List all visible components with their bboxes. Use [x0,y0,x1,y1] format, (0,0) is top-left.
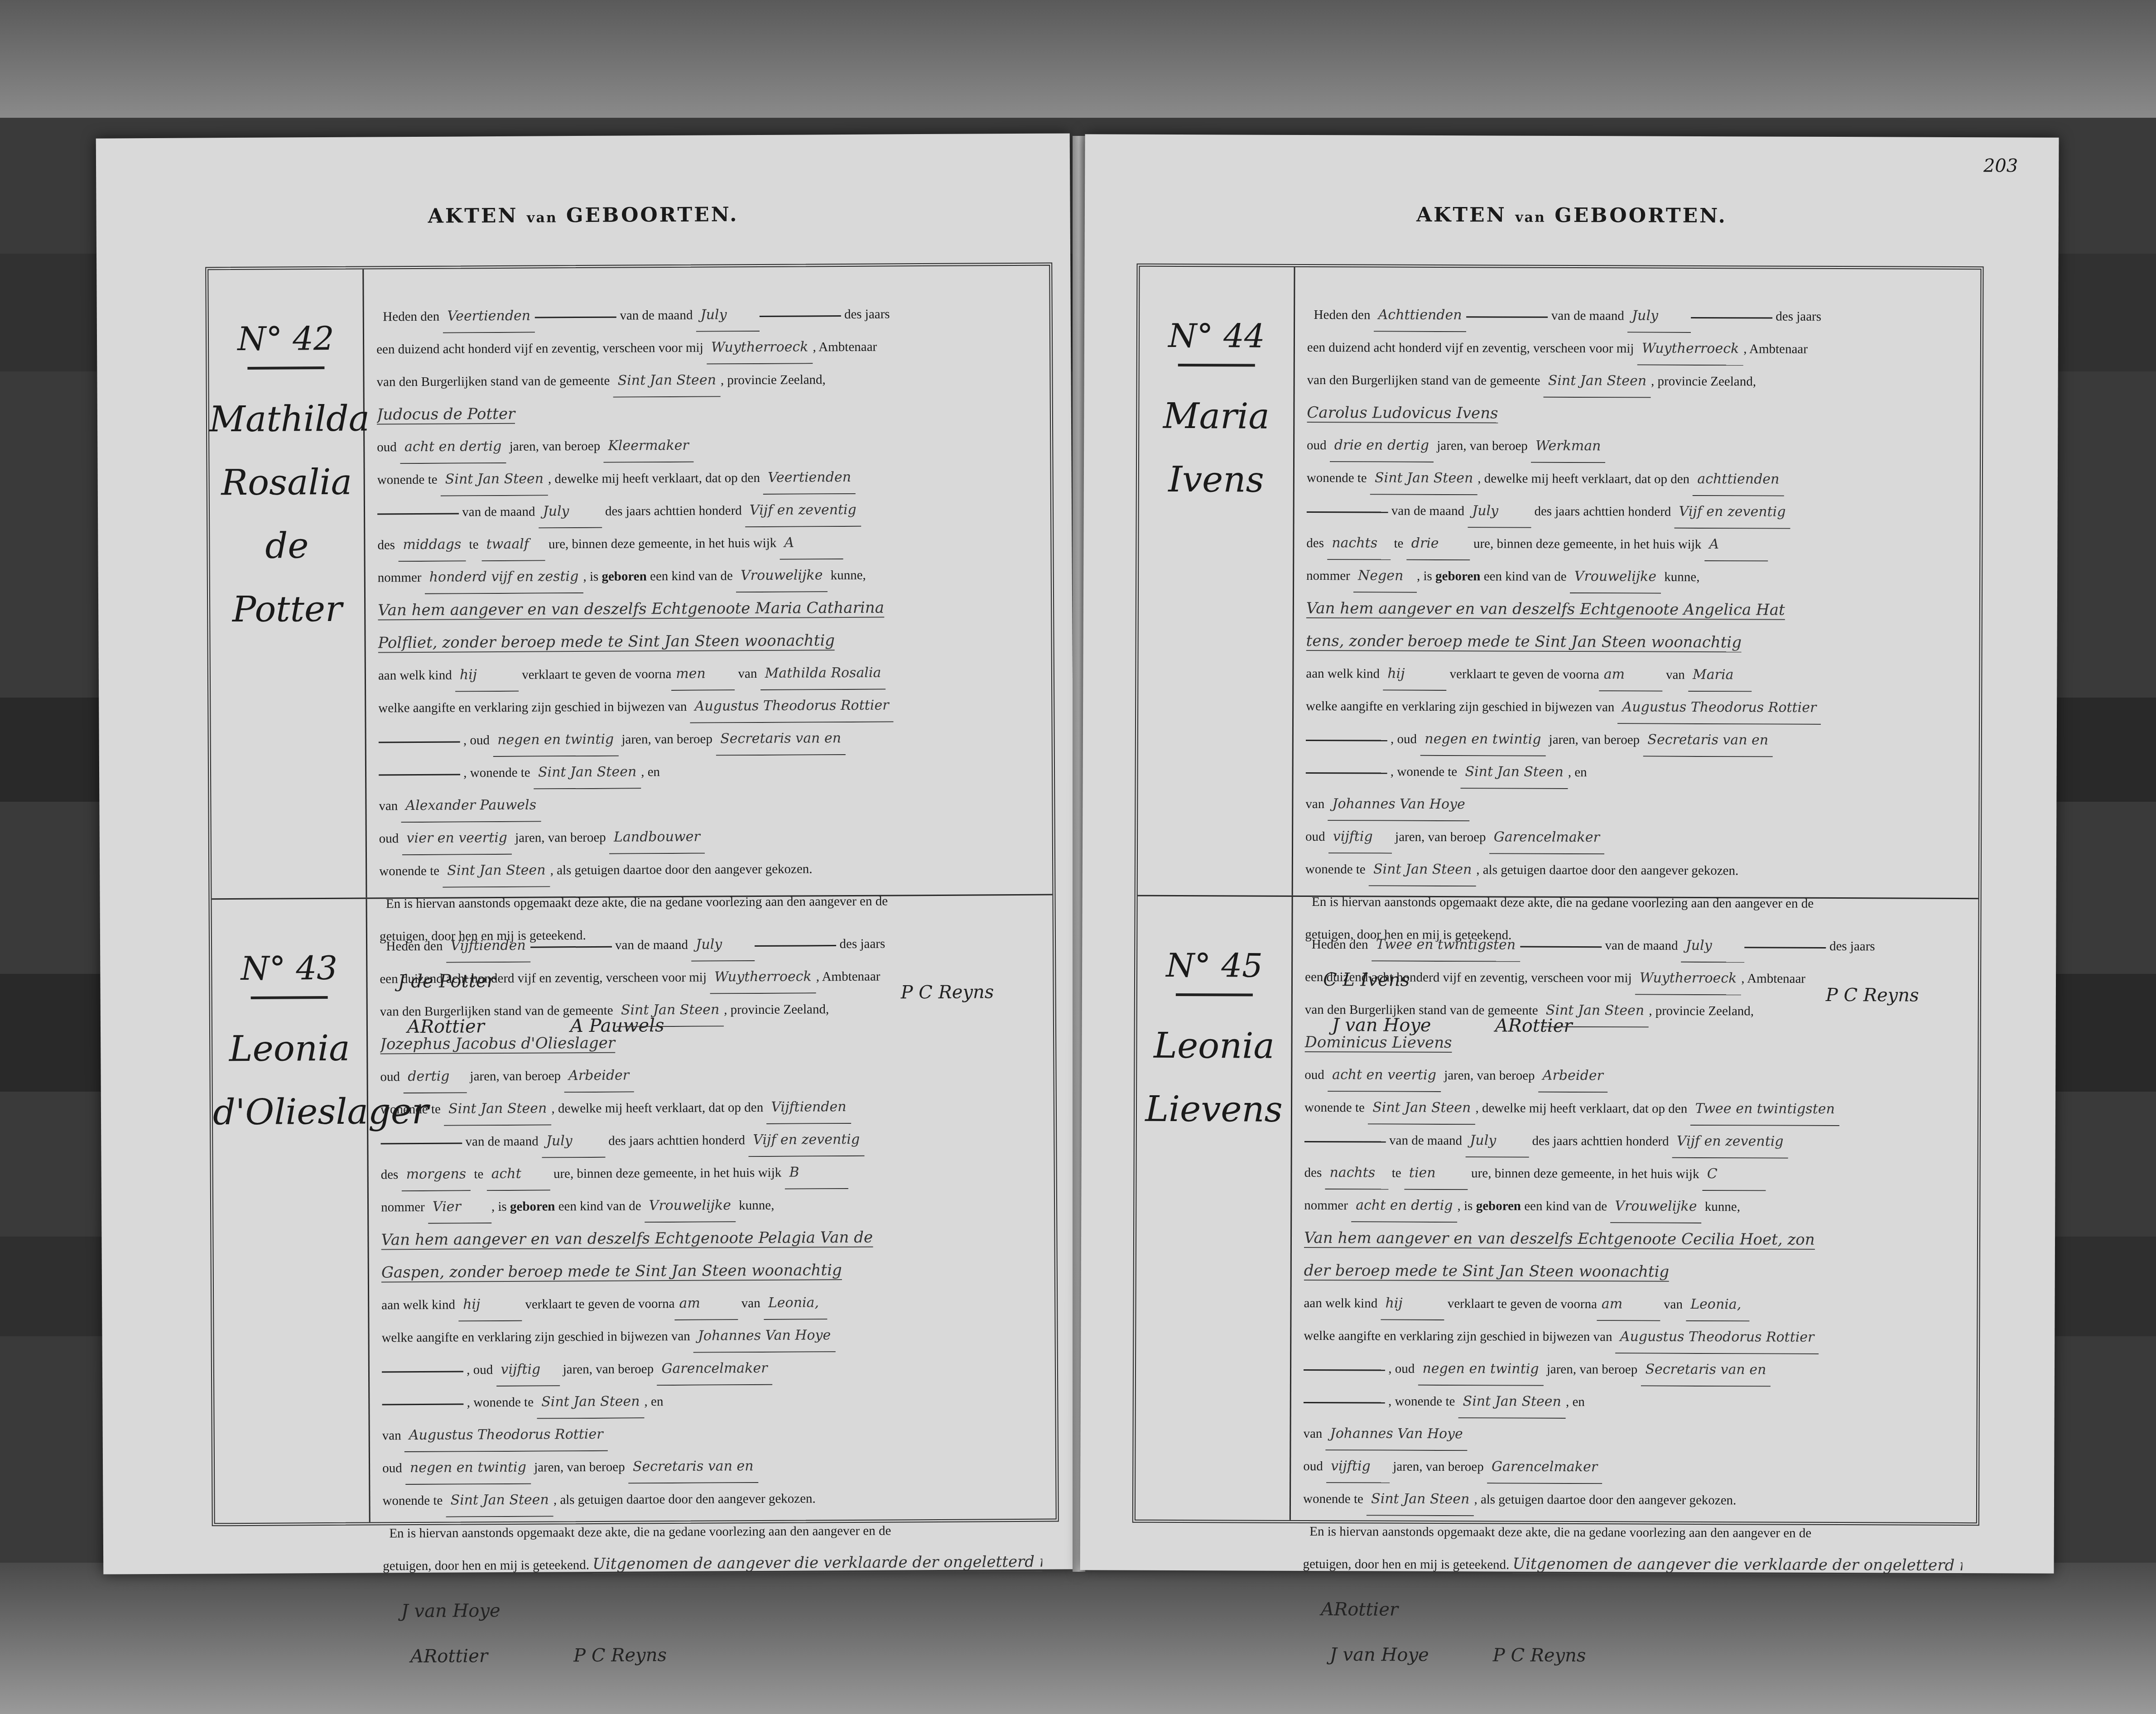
printed-text: verklaart te geven de voorna [1450,667,1599,682]
printed-text: te [469,537,478,552]
line-date: Heden den Vijftienden van de maand July … [380,927,1039,963]
line-parents-1: Van hem aangever en van deszelfs Echtgen… [381,1221,1040,1257]
line-residence: wonende te Sint Jan Steen, dewelke mij h… [377,461,1036,497]
child-name-line: d'Olieslager [213,1080,367,1145]
printed-text: des jaars [839,937,885,952]
signature: J van Hoye [401,1595,500,1627]
field-age: acht en veertig [1328,1059,1441,1092]
line-witness-2-age: oud vijftig jaren, van beroep Garencelma… [1303,1450,1963,1485]
field-municipality: Sint Jan Steen [616,994,724,1027]
printed-text: welke aangifte en verklaring zijn geschi… [382,1329,690,1345]
printed-text: des [1304,1165,1322,1180]
field-witness1-age: negen en twintig [1418,1353,1543,1386]
printed-text: aan welk kind [1304,1296,1377,1311]
printed-text: ure, binnen deze gemeente, in het huis w… [553,1165,781,1181]
line-witness-2: van Johannes Van Hoye [1303,1418,1963,1453]
printed-text: oud [470,733,490,747]
field-declarant: Jozephus Jacobus d'Olieslager [380,1034,615,1054]
field-municipality: Sint Jan Steen [1541,995,1649,1028]
printed-text: , en [1568,765,1587,780]
field-month: July [1627,300,1691,332]
field-witness2-residence: Sint Jan Steen [446,1484,553,1517]
line-time: des nachts te drie ure, binnen deze geme… [1306,527,1966,562]
printed-text: , Ambtenaar [1741,971,1805,986]
printed-text: van den Burgerlijken stand van de gemeen… [1307,373,1540,388]
printed-text: , als getuigen daartoe door den aangever… [550,862,812,877]
printed-text: wonende te [470,766,530,780]
field-hour: drie [1407,528,1470,560]
field-witness1-age: vijftig [496,1353,559,1387]
printed-text: nommer [1306,568,1350,583]
field-parents: tens, zonder beroep mede te Sint Jan Ste… [1306,632,1742,652]
field-occupation: Arbeider [1538,1060,1608,1093]
line-witness-1-age: , oud vijftig jaren, van beroep Garencel… [382,1351,1041,1387]
blank-rule [1691,316,1772,319]
blank-rule [1520,945,1602,948]
line-municipality: van den Burgerlijken stand van de gemeen… [376,363,1036,399]
field-witness2-occupation: Secretaris van en [628,1450,758,1484]
title-word: GEBOORTEN. [566,203,739,227]
printed-text: van de maand [1605,938,1678,953]
printed-text: , dewelke mij heeft verklaart, dat op de… [1477,471,1689,486]
printed-text: ure, binnen deze gemeente, in het huis w… [549,536,776,552]
blank-rule [535,315,616,318]
line-witness-1-age: , oud negen en twintig jaren, van beroep… [379,722,1038,758]
printed-text: oud [382,1461,402,1475]
page-title: AKTEN van GEBOORTEN. [1085,202,2059,229]
field-month: July [691,929,755,962]
field-parents: Gaspen, zonder beroep mede te Sint Jan S… [381,1261,842,1282]
printed-text: , provincie Zeeland, [724,1002,829,1017]
field-house-number: acht en dertig [1351,1189,1458,1223]
field-witness2-residence: Sint Jan Steen [443,854,550,887]
printed-text: van [1664,1297,1683,1312]
printed-text: des jaars [1776,309,1821,324]
blank-rule [1306,739,1387,741]
printed-text: , en [644,1394,663,1409]
birth-record: N° 43 Leoniad'Olieslager Heden den Vijft… [212,896,1056,1523]
field-birth-month: July [542,1125,605,1158]
field-house-number: Vier [428,1191,491,1224]
printed-text: , provincie Zeeland, [1649,1004,1754,1019]
printed-text: kunne, [739,1198,774,1213]
printed-text: te [1394,536,1404,551]
field-birth-year: Vijf en zeventig [745,494,861,527]
line-birth-month: van de maand July des jaars achttien hon… [1307,495,1966,530]
child-name: MariaIvens [1139,385,1294,512]
field-birth-year: Vijf en zeventig [1672,1126,1788,1159]
printed-text: En is hiervan aanstonds opgemaakt deze a… [1309,1524,1811,1541]
record-number: N° 42 [209,319,363,370]
printed-text: jaren, van beroep [1395,830,1486,845]
field-parents: Van hem aangever en van deszelfs Echtgen… [381,1228,873,1250]
field-sex: Vrouwelijke [1610,1190,1702,1223]
field-witness2: Augustus Theodorus Rottier [404,1419,608,1452]
printed-text: aan welk kind [381,1298,455,1313]
record-number: N° 45 [1137,946,1291,997]
printed-text: , Ambtenaar [1743,342,1808,356]
printed-text: Heden den [1312,937,1368,952]
blank-rule [379,740,460,743]
field-witness2-residence: Sint Jan Steen [1369,853,1477,886]
field-municipality: Sint Jan Steen [1544,365,1651,398]
field-witness1-residence: Sint Jan Steen [534,756,641,789]
field-official: Wuytherroeck [707,331,813,364]
printed-text: een duizend acht honderd vijf en zeventi… [376,341,703,357]
field-birth-day: Vijftienden [766,1091,851,1124]
line-house: nommer Negen, is geboren een kind van de… [1306,560,1966,595]
field-wijk: C [1703,1158,1766,1191]
field-witness1: Augustus Theodorus Rottier [1617,691,1821,725]
printed-text: wonende te [1304,1100,1365,1115]
blank-rule [377,512,459,515]
printed-text: Heden den [386,939,443,954]
blank-rule [1304,1368,1385,1371]
field-pronoun: hij [1383,658,1446,691]
printed-text: jaren, van beroep [1547,1362,1638,1377]
field-witness1-age: negen en twintig [1420,723,1545,756]
field-note: Uitgenomen de aangever die verklaarde de… [1513,1555,1963,1577]
field-parents: Van hem aangever en van deszelfs Echtgen… [378,599,884,621]
field-sex: Vrouwelijke [736,559,828,592]
printed-text: wonende te [1303,1492,1363,1506]
child-name: LeoniaLievens [1137,1014,1291,1141]
printed-text: van de maand [620,308,693,323]
printed-text: van [379,799,398,813]
line-residence: wonende te Sint Jan Steen, dewelke mij h… [1304,1092,1964,1127]
line-year: een duizend acht honderd vijf en zeventi… [376,330,1036,366]
line-witness-1-res: , wonende te Sint Jan Steen, en [1304,1385,1963,1420]
field-day: Achttienden [1374,299,1467,332]
line-year: een duizend acht honderd vijf en zeventi… [1307,332,1967,366]
child-name-line: Rosalia [209,451,364,515]
field-witness1-residence: Sint Jan Steen [1460,756,1568,789]
printed-text: Heden den [383,309,439,324]
line-time: des morgens te acht ure, binnen deze gem… [381,1156,1040,1192]
line-witness-2-res: wonende te Sint Jan Steen, als getuigen … [1303,1483,1963,1518]
field-witness1-age: negen en twintig [493,724,618,757]
printed-text: van de maand [1391,504,1464,519]
field-witness2-occupation: Garencelmaker [1487,1451,1602,1484]
printed-text: van [382,1428,401,1443]
printed-text: wonende te [380,1102,441,1117]
printed-text: jaren, van beroep [1444,1068,1535,1083]
field-witness1-residence: Sint Jan Steen [1458,1386,1566,1419]
field-witness2-age: vijftig [1328,821,1392,853]
blank-rule [1304,1401,1385,1404]
title-word: AKTEN [1416,203,1506,227]
line-parents-2: Polfliet, zonder beroep mede te Sint Jan… [378,624,1037,660]
printed-text: van de maand [1551,308,1624,323]
printed-text: des jaars achttien honderd [1534,504,1671,519]
line-house: nommer Vier, is geboren een kind van de … [381,1188,1040,1224]
line-witness-2-age: oud vier en veertig jaren, van beroep La… [379,819,1039,856]
child-name-line: Potter [210,578,365,642]
field-wijk: A [1704,529,1768,561]
printed-text: Heden den [1314,308,1371,322]
printed-text: oud [380,1069,400,1084]
printed-text: een duizend acht honderd vijf en zeventi… [380,970,707,987]
printed-text: , is [491,1199,507,1214]
line-date: Heden den Achttienden van de maand July … [1307,299,1967,334]
line-declarant: Dominicus Lievens [1304,1026,1964,1061]
field-house-number: Negen [1353,560,1417,592]
line-age: oud dertig jaren, van beroep Arbeider [380,1058,1039,1094]
child-name-line: Lievens [1137,1078,1291,1141]
field-month: July [1681,930,1745,963]
line-parents-2: Gaspen, zonder beroep mede te Sint Jan S… [381,1253,1041,1290]
line-house: nommer honderd vijf en zestig, is gebore… [378,558,1037,595]
field-declarant: Dominicus Lievens [1304,1033,1452,1053]
line-witness-2: van Johannes Van Hoye [1305,788,1965,823]
field-witness2-residence: Sint Jan Steen [1367,1483,1474,1516]
field-witness1-occupation: Secretaris van en [1641,1354,1771,1387]
field-residence: Sint Jan Steen [1370,462,1478,495]
field-time-of-day: nachts [1325,1157,1388,1189]
printed-text: aan welk kind [1306,666,1380,681]
line-time: des nachts te tien ure, binnen deze geme… [1304,1157,1963,1192]
field-birth-day: achttienden [1693,463,1784,496]
printed-text: een kind van de [650,568,733,583]
printed-text: nommer [378,570,422,585]
printed-text: oud [1395,1362,1415,1376]
field-occupation: Kleermaker [603,430,693,463]
field-house-number: honderd vijf en zestig [425,561,583,594]
line-closing-1: En is hiervan aanstonds opgemaakt deze a… [1303,1516,1963,1550]
blank-rule [1745,946,1826,948]
scan-background-top [0,0,2156,118]
child-name-line: Mathilda [209,387,364,452]
line-residence: wonende te Sint Jan Steen, dewelke mij h… [380,1090,1040,1127]
field-age: acht en dertig [400,431,506,464]
title-word: van [527,210,558,226]
printed-text: wonende te [1397,765,1457,779]
printed-text: jaren, van beroep [621,732,712,747]
printed-text: van [1666,668,1685,682]
field-witness2-age: vijftig [1326,1450,1390,1483]
printed-text: , is [1417,569,1432,583]
field-age: dertig [403,1060,467,1093]
line-witness-1: welke aangifte en verklaring zijn geschi… [381,1319,1041,1355]
field-wijk: A [780,527,843,560]
printed-text: aan welk kind [378,668,452,683]
signatures: ARottierJ van HoyeP C Reyns [1302,1589,1962,1704]
line-municipality: van den Burgerlijken stand van de gemeen… [380,992,1039,1029]
line-birth-month: van de maand July des jaars achttien hon… [380,1123,1040,1159]
printed-text: wonende te [473,1395,534,1410]
field-sex: Vrouwelijke [1570,561,1661,594]
line-witness-2-res: wonende te Sint Jan Steen, als getuigen … [1305,853,1965,888]
field-witness1-residence: Sint Jan Steen [537,1386,645,1419]
record-number: N° 43 [212,949,366,1000]
printed-text: , provincie Zeeland, [1651,374,1756,389]
printed-text: verklaart te geven de voorna [1448,1296,1597,1311]
field-occupation: Werkman [1531,430,1606,463]
printed-text: jaren, van beroep [1549,732,1640,747]
printed-text: , dewelke mij heeft verklaart, dat op de… [1475,1101,1687,1116]
printed-text: van [741,1296,760,1310]
field-suffix: am [674,1287,738,1320]
field-witness2-age: negen en twintig [405,1452,531,1485]
printed-text: wonende te [377,472,438,487]
field-declarant: Judocus de Potter [377,405,515,425]
birth-record: N° 45 LeoniaLievens Heden den Twee en tw… [1136,896,1978,1522]
printed-text: verklaart te geven de voorna [525,1296,674,1312]
record-body: Heden den Vijftienden van de maand July … [380,927,1043,1704]
printed-text: welke aangifte en verklaring zijn geschi… [1304,1329,1612,1344]
printed-text: verklaart te geven de voorna [522,667,671,682]
line-municipality: van den Burgerlijken stand van de gemeen… [1305,994,1964,1029]
field-suffix: men [671,658,735,691]
line-date: Heden den Twee en twintigsten van de maa… [1305,929,1964,963]
child-name: Leoniad'Olieslager [212,1017,367,1145]
field-age: drie en dertig [1330,429,1434,462]
printed-text: wonende te [1305,862,1366,876]
line-declarant: Carolus Ludovicus Ivens [1307,397,1966,432]
field-day: Vijftienden [446,930,530,963]
line-closing-2: getuigen, door hen en mij is geteekend. … [1303,1547,1962,1582]
signature: P C Reyns [1493,1639,1586,1671]
birth-record: N° 44 MariaIvens Heden den Achttienden v… [1138,267,1981,899]
printed-text: jaren, van beroep [470,1069,561,1083]
printed-text: van [1305,797,1324,811]
field-official: Wuytherroeck [710,961,816,994]
printed-text: oud [1305,829,1325,844]
printed-text: jaren, van beroep [1393,1459,1484,1474]
printed-text: jaren, van beroep [534,1460,625,1475]
printed-text: oud [1304,1068,1324,1082]
child-name-line: Ivens [1139,448,1293,512]
field-suffix: am [1599,659,1663,691]
printed-text: een kind van de [558,1199,641,1213]
line-given-names: aan welk kind hij verklaart te geven de … [378,656,1038,693]
blank-rule [1306,771,1387,774]
blank-rule [760,314,841,317]
printed-text: ure, binnen deze gemeente, in het huis w… [1473,536,1701,552]
printed-text: oud [377,440,397,454]
field-time-of-day: morgens [401,1158,471,1191]
field-hour: acht [486,1158,550,1191]
field-witness2-occupation: Garencelmaker [1489,821,1604,854]
printed-text: , Ambtenaar [816,969,881,984]
record-margin: N° 44 MariaIvens [1138,267,1295,896]
records-frame: N° 42 MathildaRosaliadePotter Heden den … [205,263,1059,1526]
printed-text: En is hiervan aanstonds opgemaakt deze a… [389,1524,891,1541]
printed-text: van den Burgerlijken stand van de gemeen… [376,374,610,390]
line-birth-month: van de maand July des jaars achttien hon… [377,493,1037,530]
printed-text: oud [473,1363,493,1377]
field-witness2: Alexander Pauwels [401,790,541,823]
printed-text: getuigen, door hen en mij is geteekend. [1303,1557,1509,1572]
signature: ARottier [410,1640,488,1672]
field-given-names: Maria [1688,659,1752,692]
printed-text: , is [583,569,598,584]
record-margin: N° 43 Leoniad'Olieslager [212,899,371,1523]
line-parents-2: tens, zonder beroep mede te Sint Jan Ste… [1306,625,1966,660]
field-given-names: Leonia, [764,1287,827,1320]
printed-text: getuigen, door hen en mij is geteekend. [383,1558,589,1573]
line-witness-1-res: , wonende te Sint Jan Steen, en [379,754,1038,790]
line-given-names: aan welk kind hij verklaart te geven de … [1306,658,1965,693]
printed-text: , als getuigen daartoe door den aangever… [1476,862,1738,878]
field-witness1-occupation: Secretaris van en [1643,724,1773,757]
field-official: Wuytherroeck [1637,333,1744,366]
field-parents: der beroep mede te Sint Jan Steen woonac… [1304,1261,1670,1282]
line-witness-2-res: wonende te Sint Jan Steen, als getuigen … [379,852,1039,888]
printed-text: van de maand [1389,1133,1462,1148]
printed-text: kunne, [1664,570,1699,584]
field-witness1: Johannes Van Hoye [693,1319,836,1353]
field-witness2: Johannes Van Hoye [1326,1418,1468,1451]
printed-text: kunne, [831,568,866,583]
right-page: 203 AKTEN van GEBOORTEN. N° 44 MariaIven… [1080,134,2059,1573]
blank-rule [382,1370,463,1372]
printed-text: een kind van de [1524,1199,1607,1214]
field-witness1: Augustus Theodorus Rottier [690,689,894,723]
title-word: GEBOORTEN. [1554,204,1727,227]
blank-rule [530,945,612,948]
printed-text: des jaars achttien honderd [1532,1134,1669,1149]
record-margin: N° 42 MathildaRosaliadePotter [208,270,367,899]
child-name-line: Leonia [1137,1014,1291,1078]
field-hour: twaalf [482,528,545,561]
printed-text: oud [1303,1459,1323,1473]
printed-text: een duizend acht honderd vijf en zeventi… [1305,970,1632,986]
field-hour: tien [1405,1157,1468,1190]
field-residence: Sint Jan Steen [1368,1092,1476,1125]
line-year: een duizend acht honderd vijf en zeventi… [380,960,1039,996]
field-birth-year: Vijf en zeventig [748,1124,864,1157]
line-witness-1-age: , oud negen en twintig jaren, van beroep… [1304,1353,1963,1387]
printed-text: des jaars achttien honderd [605,503,742,519]
printed-text: kunne, [1705,1199,1740,1214]
field-month: July [696,299,759,332]
line-declarant: Judocus de Potter [377,395,1036,432]
printed-text: , als getuigen daartoe door den aangever… [1474,1492,1736,1507]
printed-text: te [1392,1166,1401,1180]
blank-rule [1467,315,1548,318]
field-parents: Van hem aangever en van deszelfs Echtgen… [1306,599,1785,620]
printed-text: van den Burgerlijken stand van de gemeen… [1305,1002,1538,1018]
printed-text: des jaars [844,307,890,322]
field-day: Twee en twintigsten [1372,929,1521,962]
field-witness1-occupation: Secretaris van en [716,722,846,756]
printed-text: des jaars achttien honderd [608,1133,745,1148]
line-birth-month: van de maand July des jaars achttien hon… [1304,1124,1964,1159]
line-municipality: van den Burgerlijken stand van de gemeen… [1307,364,1967,399]
line-witness-1-res: , wonende te Sint Jan Steen, en [1306,756,1965,790]
line-parents-1: Van hem aangever en van deszelfs Echtgen… [378,591,1037,627]
printed-text: welke aangifte en verklaring zijn geschi… [1306,699,1614,714]
line-given-names: aan welk kind hij verklaart te geven de … [1304,1287,1963,1322]
line-witness-2-age: oud vijftig jaren, van beroep Garencelma… [1305,821,1965,856]
printed-text: jaren, van beroep [510,439,601,454]
field-time-of-day: middags [398,529,466,562]
line-closing-2: getuigen, door hen en mij is geteekend. … [383,1546,1042,1582]
field-day: Veertienden [443,300,535,333]
printed-text: wonende te [379,864,439,879]
line-witness-2-age: oud negen en twintig jaren, van beroep S… [382,1449,1042,1485]
left-page: AKTEN van GEBOORTEN. N° 42 MathildaRosal… [96,133,1078,1574]
field-birth-year: Vijf en zeventig [1675,496,1790,529]
line-age: oud acht en dertig jaren, van beroep Kle… [377,428,1036,464]
printed-text: , provincie Zeeland, [721,372,826,387]
printed-text: , en [641,765,660,779]
record-margin: N° 45 LeoniaLievens [1136,896,1293,1520]
line-age: oud drie en dertig jaren, van beroep Wer… [1307,429,1966,464]
printed-text: , als getuigen daartoe door den aangever… [553,1491,816,1507]
printed-text: van de maand [462,505,535,520]
